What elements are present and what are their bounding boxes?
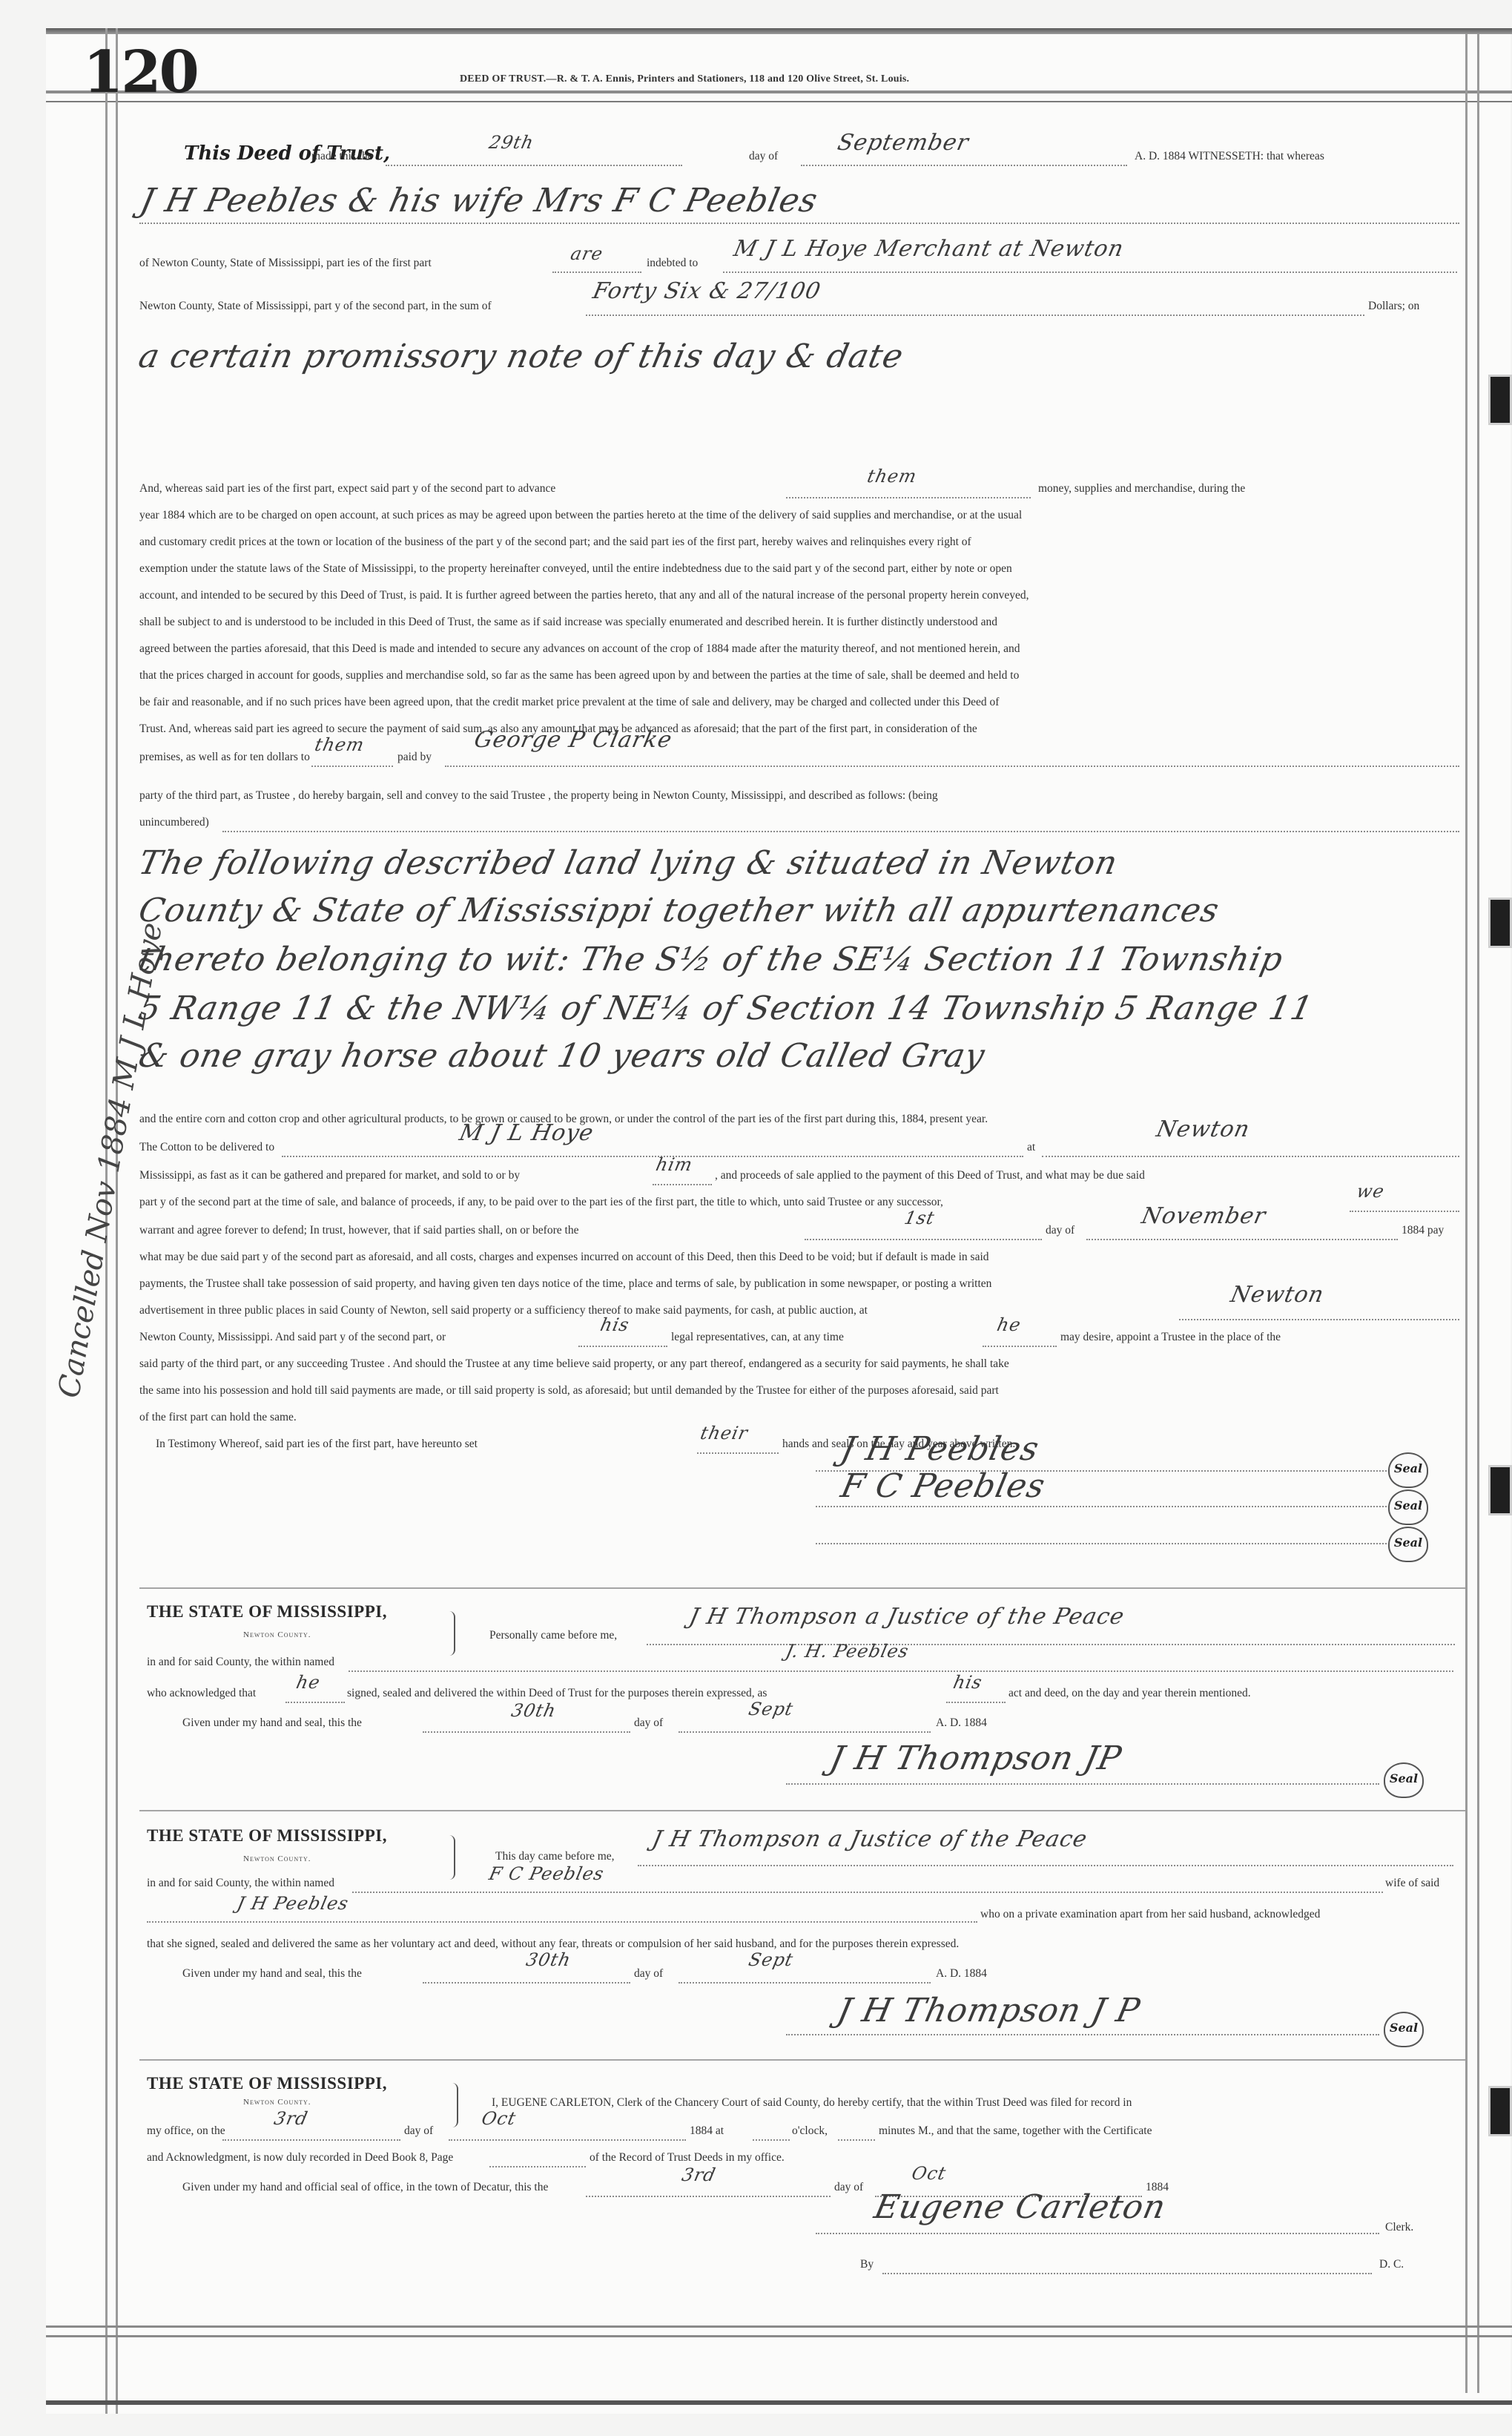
signature-line-3[interactable] [816,1543,1387,1544]
advances-line-1b: money, supplies and merchandise, during … [1038,482,1245,496]
advances-line-13: unincumbered) [139,816,209,829]
advances-line-5: account, and intended to be secured by t… [139,589,1029,602]
clerk-recorded: and Acknowledgment, is now duly recorded… [147,2151,453,2165]
clerk-record-tail: of the Record of Trust Deeds in my offic… [590,2151,785,2165]
ack1-signature: J H Thompson JP [827,1739,1126,1777]
ack2-brace [449,1835,455,1880]
ack2-husband-field[interactable] [147,1921,977,1923]
advance-value: them [865,466,919,487]
to-field[interactable] [311,766,393,767]
clerk-label: Clerk. [1385,2221,1413,2234]
crop-line-5a: warrant and agree forever to defend; In … [139,1224,578,1237]
month-value: September [835,130,971,156]
footer-rule-secondary [46,2335,1512,2337]
creditor-value: M J L Hoye Merchant at Newton [731,236,1126,262]
label-cotton-to: The Cotton to be delivered to [139,1141,274,1154]
due-month-field[interactable] [1086,1239,1398,1240]
clerk-year-at: 1884 at [690,2124,724,2138]
auction-place-value: Newton [1228,1282,1327,1308]
his-value: his [598,1314,631,1335]
ack2-came-before: This day came before me, [495,1850,615,1863]
advances-line-4: exemption under the statute laws of the … [139,562,1012,576]
their-field[interactable] [697,1452,779,1454]
clerk-minutes-field[interactable] [838,2139,875,2141]
clerk-signature: Eugene Carleton [871,2188,1169,2226]
note-description: a certain promissory note of this day & … [136,338,908,375]
deputy-clerk-label: D. C. [1379,2258,1404,2271]
ack2-named-value: F C Peebles [487,1863,606,1884]
creditor-field[interactable] [723,271,1457,273]
clerk-day-value: 3rd [272,2108,310,2129]
ack1-month-value: Sept [747,1699,796,1719]
label-ad-witnesseth: A. D. 1884 WITNESSETH: that whereas [1135,150,1324,163]
we-value: we [1355,1181,1387,1202]
property-line-2: County & State of Mississippi together w… [136,892,1223,929]
crop-line-12: of the first part can hold the same. [139,1411,297,1424]
clerk-hour-field[interactable] [753,2139,790,2141]
ack1-he-value: he [294,1672,323,1693]
ack1-his-value: his [951,1672,984,1693]
clerk-day-of: day of [404,2124,433,2138]
parties-first-value: J H Peebles & his wife Mrs F C Peebles [137,182,822,220]
footer-rule [46,2325,1512,2328]
label-at: at [1027,1141,1035,1154]
due-day-value: 1st [902,1208,937,1228]
advances-line-8: that the prices charged in account for g… [139,669,1019,682]
crop-line-7: payments, the Trustee shall take possess… [139,1277,991,1291]
label-due-year: 1884 pay [1402,1224,1444,1237]
property-line-1: The following described land lying & sit… [136,844,1121,882]
seal-icon: Seal [1388,1452,1428,1488]
header-rule-secondary [46,101,1512,102]
their-value: their [699,1423,750,1444]
signature-line-2[interactable] [816,1506,1387,1507]
month-field[interactable] [801,165,1127,166]
ack1-state-heading: THE STATE OF MISSISSIPPI, [147,1602,387,1622]
label-county-second: Newton County, State of Mississippi, par… [139,300,492,313]
ack1-year: A. D. 1884 [936,1716,987,1730]
ack1-his-field[interactable] [946,1702,1006,1703]
clerk-day-field[interactable] [222,2139,400,2141]
label-made-this: made this the [311,150,373,163]
label-indebted-to: indebted to [647,257,698,270]
ack2-signature-line[interactable] [786,2034,1379,2035]
label-paid-by: paid by [397,751,432,764]
clerk-given-day-value: 3rd [680,2165,718,2185]
binding-tab-mark [1488,375,1512,425]
sold-by-value: him [654,1154,695,1175]
deputy-clerk-field[interactable] [882,2273,1372,2274]
page-number: 120 [83,39,197,106]
ack1-named-field[interactable] [349,1670,1453,1672]
advances-line-1a: And, whereas said part ies of the first … [139,482,555,496]
ack1-acknowledged-b: signed, sealed and delivered the within … [347,1687,767,1700]
ack1-came-before: Personally came before me, [489,1629,617,1642]
clerk-page-field[interactable] [489,2166,586,2167]
crop-line-9c: may desire, appoint a Trustee in the pla… [1060,1331,1281,1344]
label-due-day-of: day of [1046,1224,1074,1237]
document-page [46,28,1511,2414]
ack2-month-field[interactable] [679,1982,931,1984]
ack2-day-field[interactable] [423,1982,630,1984]
crop-line-9b: legal representatives, can, at any time [671,1331,844,1344]
advances-line-2: year 1884 which are to be charged on ope… [139,509,1022,522]
crop-line-8: advertisement in three public places in … [139,1304,868,1317]
property-line-3: thereto belonging to wit: The S½ of the … [136,941,1287,978]
binding-tab-mark [1488,1465,1512,1515]
advances-line-11a: premises, as well as for ten dollars to [139,751,310,764]
ack2-county: Newton County. [243,1854,311,1863]
clerk-office-on: my office, on the [147,2124,225,2138]
testimony-line-a: In Testimony Whereof, said part ies of t… [156,1438,478,1451]
cotton-place-field[interactable] [1042,1156,1459,1157]
ack1-day-value: 30th [509,1700,558,1721]
ack1-signature-line[interactable] [786,1783,1379,1785]
clerk-month-value: Oct [480,2108,518,2129]
clerk-brace [452,2083,458,2127]
ack2-day-value: 30th [524,1949,573,1970]
ack2-within-named: in and for said County, the within named [147,1877,334,1890]
crop-line-9a: Newton County, Mississippi. And said par… [139,1331,446,1344]
seal-icon: Seal [1388,1527,1428,1562]
ack1-day-field[interactable] [423,1731,630,1733]
clerk-state-heading: THE STATE OF MISSISSIPPI, [147,2074,387,2093]
clerk-given-month-value: Oct [910,2163,948,2184]
binding-tab-mark [1488,898,1512,948]
ack1-brace [449,1611,455,1656]
ack1-he-field[interactable] [285,1702,345,1703]
ack2-signature: J H Thompson J P [834,1992,1144,2030]
ack2-named-field[interactable] [352,1892,1383,1893]
crop-line-3a: Mississippi, as fast as it can be gather… [139,1169,520,1182]
header-rule [46,90,1512,93]
ack2-officer-field[interactable] [638,1865,1453,1866]
day-value: 29th [487,132,536,153]
warrant-field[interactable] [1350,1211,1459,1212]
top-border-rule [46,28,1512,34]
ack1-given: Given under my hand and seal, this the [182,1716,362,1730]
by-label: By [860,2258,874,2271]
clerk-given: Given under my hand and official seal of… [182,2181,548,2194]
clerk-signature-line[interactable] [816,2233,1379,2234]
section-divider [139,1587,1465,1589]
parties-field[interactable] [139,223,1459,224]
ack2-month-value: Sept [747,1949,796,1970]
trustee-value: George P Clarke [472,727,674,753]
ack1-within-named: in and for said County, the within named [147,1656,334,1669]
printer-imprint: DEED OF TRUST.—R. & T. A. Ennis, Printer… [460,73,909,85]
sum-value: Forty Six & 27/100 [590,278,823,304]
advance-field[interactable] [786,497,1031,498]
ack1-month-field[interactable] [679,1731,931,1733]
crop-line-11: the same into his possession and hold ti… [139,1384,999,1398]
ack2-day-of: day of [634,1967,663,1981]
seal-icon: Seal [1388,1489,1428,1525]
to-value: them [313,734,366,755]
crop-line-10: said party of the third part, or any suc… [139,1357,1009,1371]
ack2-state-heading: THE STATE OF MISSISSIPPI, [147,1826,387,1846]
label-day-of: day of [749,150,778,163]
are-value: are [569,243,605,264]
margin-line-right-outer [1477,34,1479,2393]
crop-line-4: part y of the second part at the time of… [139,1196,943,1209]
ack2-year: A. D. 1884 [936,1967,987,1981]
ack2-given: Given under my hand and seal, this the [182,1967,362,1981]
ack1-named-value: J. H. Peebles [784,1641,911,1662]
advances-line-12: party of the third part, as Trustee , do… [139,789,938,803]
signature-fc-peebles: F C Peebles [838,1467,1049,1505]
cotton-place-value: Newton [1154,1116,1252,1142]
signature-jh-peebles: J H Peebles [838,1430,1043,1468]
clerk-minutes: minutes M., and that the same, together … [879,2124,1152,2138]
section-divider [139,2059,1465,2061]
crop-line-6: what may be due said part y of the secon… [139,1251,989,1264]
due-day-field[interactable] [805,1239,1042,1240]
sum-field[interactable] [586,315,1364,316]
ack1-officer-value: J H Thompson a Justice of the Peace [687,1604,1126,1630]
seal-icon: Seal [1384,2012,1424,2047]
advances-line-6: shall be subject to and is understood to… [139,616,997,629]
ack1-acknowledged-c: act and deed, on the day and year therei… [1008,1687,1251,1700]
ack1-county: Newton County. [243,1630,311,1639]
due-month-value: November [1139,1203,1268,1229]
clerk-given-day-field[interactable] [586,2196,831,2197]
ack1-officer-field[interactable] [647,1644,1455,1645]
seal-icon: Seal [1384,1762,1424,1798]
advances-line-9: be fair and reasonable, and if no such p… [139,696,999,709]
advances-line-3: and customary credit prices at the town … [139,536,971,549]
label-dollars-on: Dollars; on [1368,300,1419,313]
are-field[interactable] [552,271,641,273]
clerk-county: Newton County. [243,2098,311,2107]
auction-place-field[interactable] [1179,1319,1459,1320]
clerk-month-field[interactable] [449,2139,686,2141]
ack2-officer-value: J H Thompson a Justice of the Peace [650,1826,1089,1852]
clerk-given-day-of: day of [834,2181,863,2194]
property-line-5: & one gray horse about 10 years old Call… [136,1037,988,1075]
he-field[interactable] [983,1346,1057,1347]
trustee-field[interactable] [445,766,1459,767]
crop-line-3b: , and proceeds of sale applied to the pa… [715,1169,1145,1182]
ack2-husband-value: J H Peebles [235,1893,351,1914]
ack1-acknowledged-a: who acknowledged that [147,1687,256,1700]
clerk-certify: I, EUGENE CARLETON, Clerk of the Chancer… [492,2096,1132,2110]
sold-by-field[interactable] [653,1184,712,1185]
ack2-private-exam: who on a private examination apart from … [980,1908,1320,1921]
property-line-4: 5 Range 11 & the NW¼ of NE¼ of Section 1… [136,990,1317,1027]
advances-line-7: agreed between the parties aforesaid, th… [139,642,1020,656]
he-value: he [995,1314,1023,1335]
cotton-recipient-value: M J L Hoye [457,1120,596,1146]
ack1-day-of: day of [634,1716,663,1730]
margin-line-right-inner [1465,34,1468,2393]
binding-tab-mark [1488,2086,1512,2136]
his-field[interactable] [578,1346,667,1347]
day-field[interactable] [386,165,682,166]
clerk-oclock: o'clock, [792,2124,828,2138]
unincumbered-field [222,831,1459,832]
ack2-wife-of: wife of said [1385,1877,1439,1890]
cotton-recipient-field[interactable] [282,1156,1023,1157]
label-county-first: of Newton County, State of Mississippi, … [139,257,432,270]
bottom-border-rule [46,2400,1512,2405]
section-divider [139,1810,1465,1811]
